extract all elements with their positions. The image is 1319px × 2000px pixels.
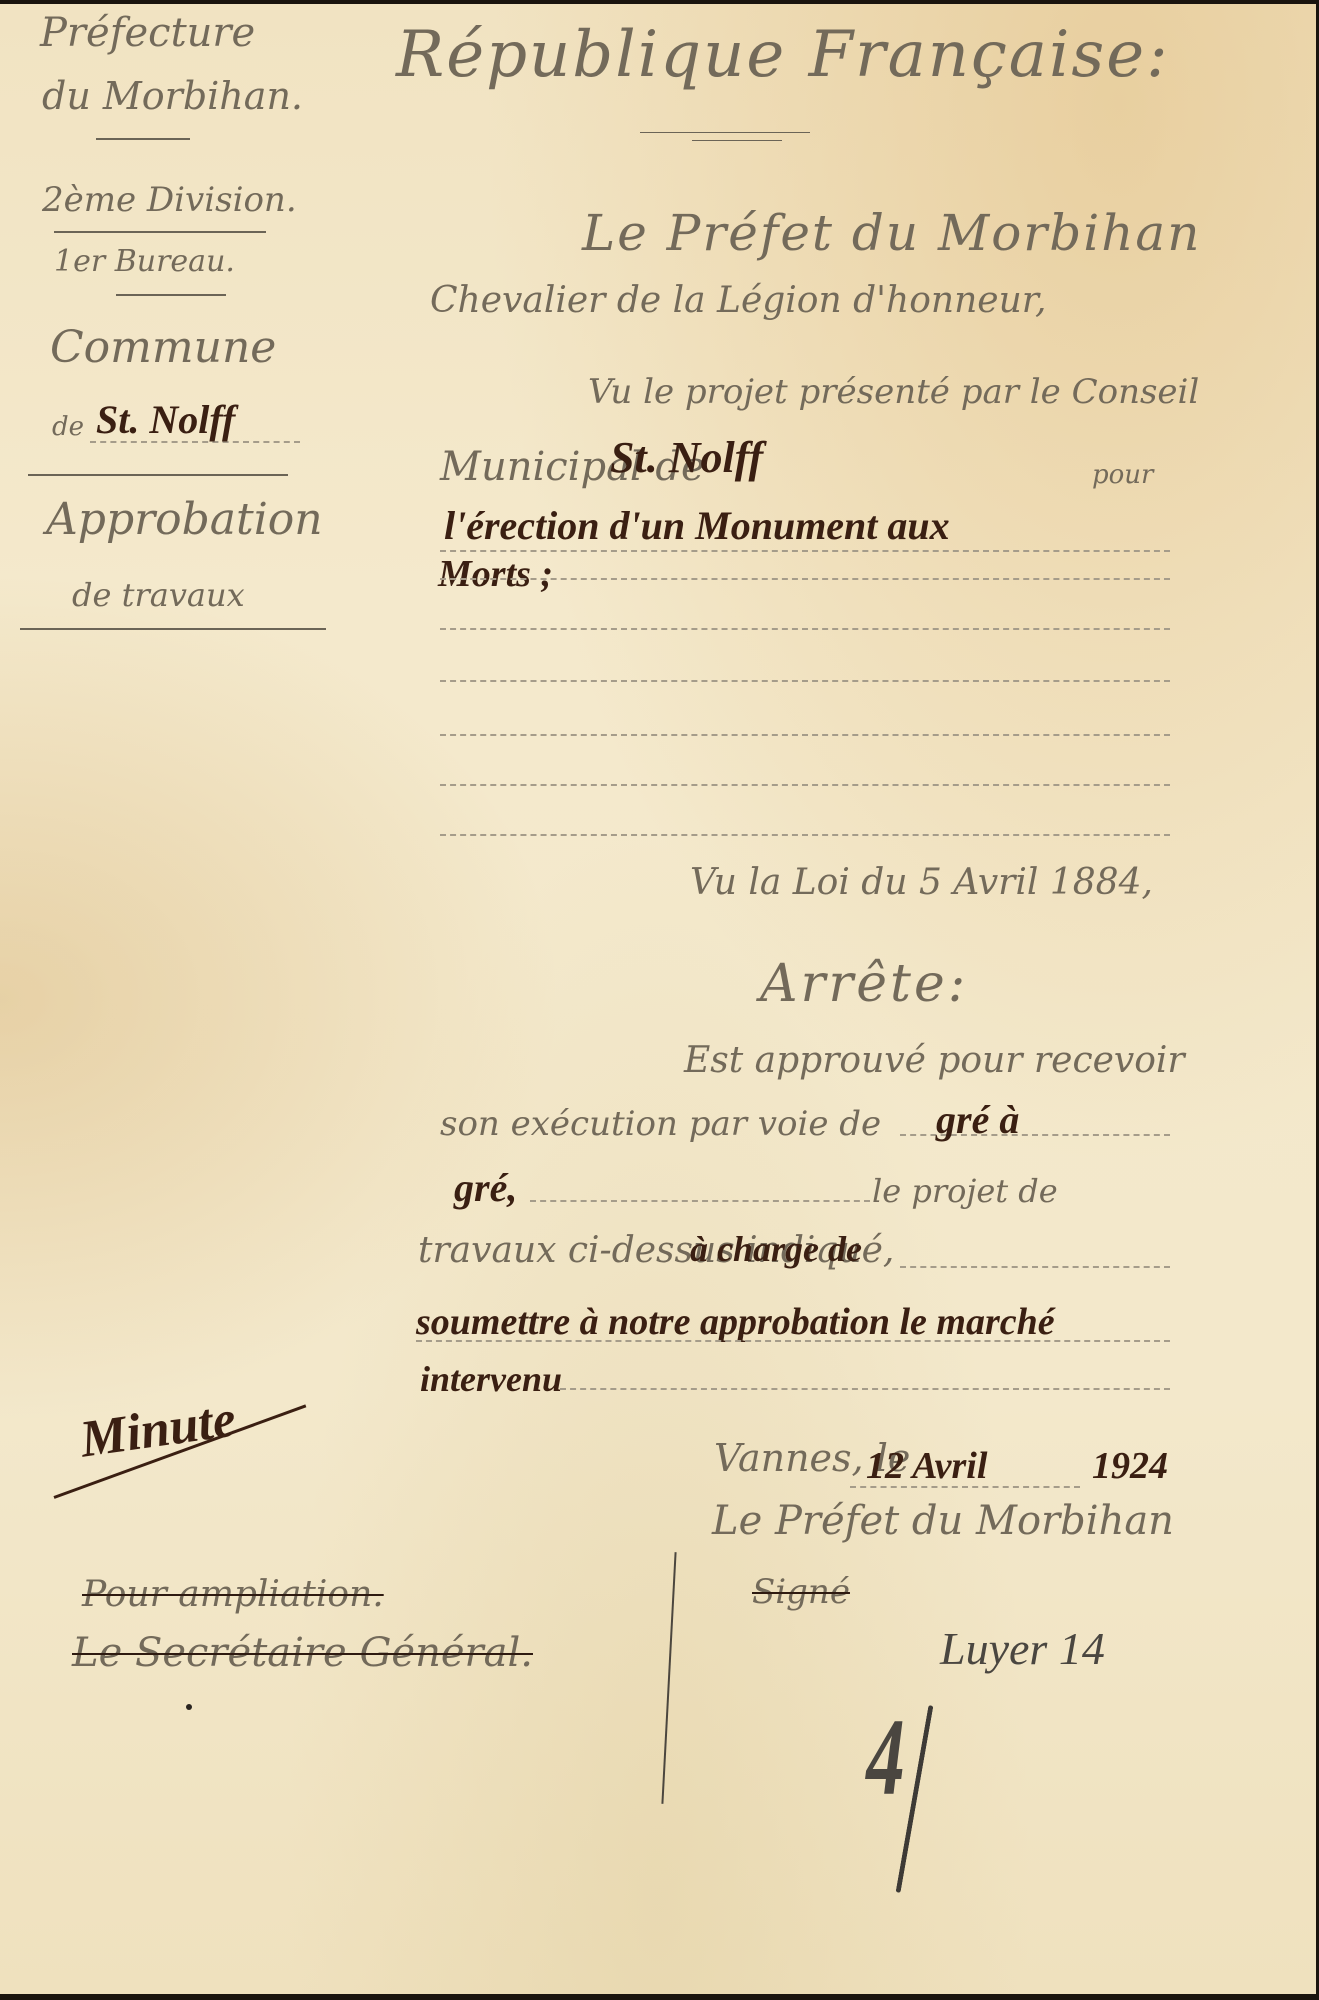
fill-line	[440, 628, 1170, 630]
fill-line	[416, 1340, 1170, 1342]
date-day-month: 12 Avril	[866, 1444, 987, 1488]
division-label: 2ème Division.	[42, 180, 297, 220]
commune-label: Commune	[50, 322, 276, 373]
fill-line	[900, 1266, 1170, 1268]
title-rule	[692, 140, 782, 141]
fill-line	[440, 784, 1170, 786]
considering-project: Vu le projet présenté par le Conseil	[588, 372, 1199, 412]
document-title: République Française:	[396, 18, 1170, 92]
execution-mode-2: gré,	[454, 1164, 517, 1211]
secretary-label: Le Secrétaire Général.	[72, 1630, 533, 1676]
pencil-bracket	[661, 1552, 676, 1804]
margin-rule	[20, 628, 326, 630]
purpose-line2: Morts ;	[438, 552, 553, 596]
commune-name: St. Nolff	[96, 396, 235, 443]
margin-rule	[96, 138, 190, 140]
bureau-label: 1er Bureau.	[54, 244, 235, 279]
fill-line	[440, 834, 1170, 836]
approved-line: Est approuvé pour recevoir	[684, 1040, 1185, 1081]
pour-label: pour	[1092, 460, 1153, 490]
margin-rule	[116, 294, 226, 296]
prefecture-line2: du Morbihan.	[42, 74, 303, 118]
signatory-title: Le Préfet du Morbihan	[712, 1498, 1174, 1544]
subject-line2: de travaux	[72, 576, 245, 614]
document-page: Préfecture du Morbihan. 2ème Division. 1…	[0, 4, 1316, 1994]
municipal-name: St. Nolff	[610, 432, 763, 483]
condition-line1: à charge de	[690, 1228, 862, 1270]
signed-label: Signé	[752, 1572, 850, 1612]
project-of: le projet de	[872, 1172, 1058, 1210]
commune-prefix: de	[52, 412, 84, 442]
title-rule	[640, 132, 810, 133]
signature-note: Luyer 14	[940, 1622, 1105, 1675]
prefecture-line1: Préfecture	[40, 10, 255, 56]
fill-line	[530, 1200, 870, 1202]
ampliation-label: Pour ampliation.	[82, 1574, 384, 1615]
margin-rule	[54, 231, 266, 233]
execution-prefix: son exécution par voie de	[440, 1104, 881, 1144]
decree-heading: Arrête:	[760, 954, 968, 1014]
considering-law: Vu la Loi du 5 Avril 1884,	[690, 862, 1153, 903]
execution-mode-1: gré à	[936, 1096, 1019, 1143]
condition-line3: intervenu	[420, 1358, 562, 1400]
fill-line	[440, 734, 1170, 736]
authority-title: Le Préfet du Morbihan	[582, 204, 1201, 262]
fill-line	[440, 578, 1170, 580]
fill-line	[440, 680, 1170, 682]
subject-line1: Approbation	[46, 494, 323, 545]
date-year: 1924	[1092, 1444, 1168, 1488]
purpose-line1: l'érection d'un Monument aux	[444, 502, 950, 549]
condition-line2: soumettre à notre approbation le marché	[416, 1300, 1055, 1344]
honor-title: Chevalier de la Légion d'honneur,	[430, 280, 1046, 321]
margin-rule	[28, 474, 288, 476]
fill-line	[560, 1388, 1170, 1390]
ink-dot	[186, 1704, 192, 1710]
pencil-mark: 4	[866, 1694, 905, 1821]
